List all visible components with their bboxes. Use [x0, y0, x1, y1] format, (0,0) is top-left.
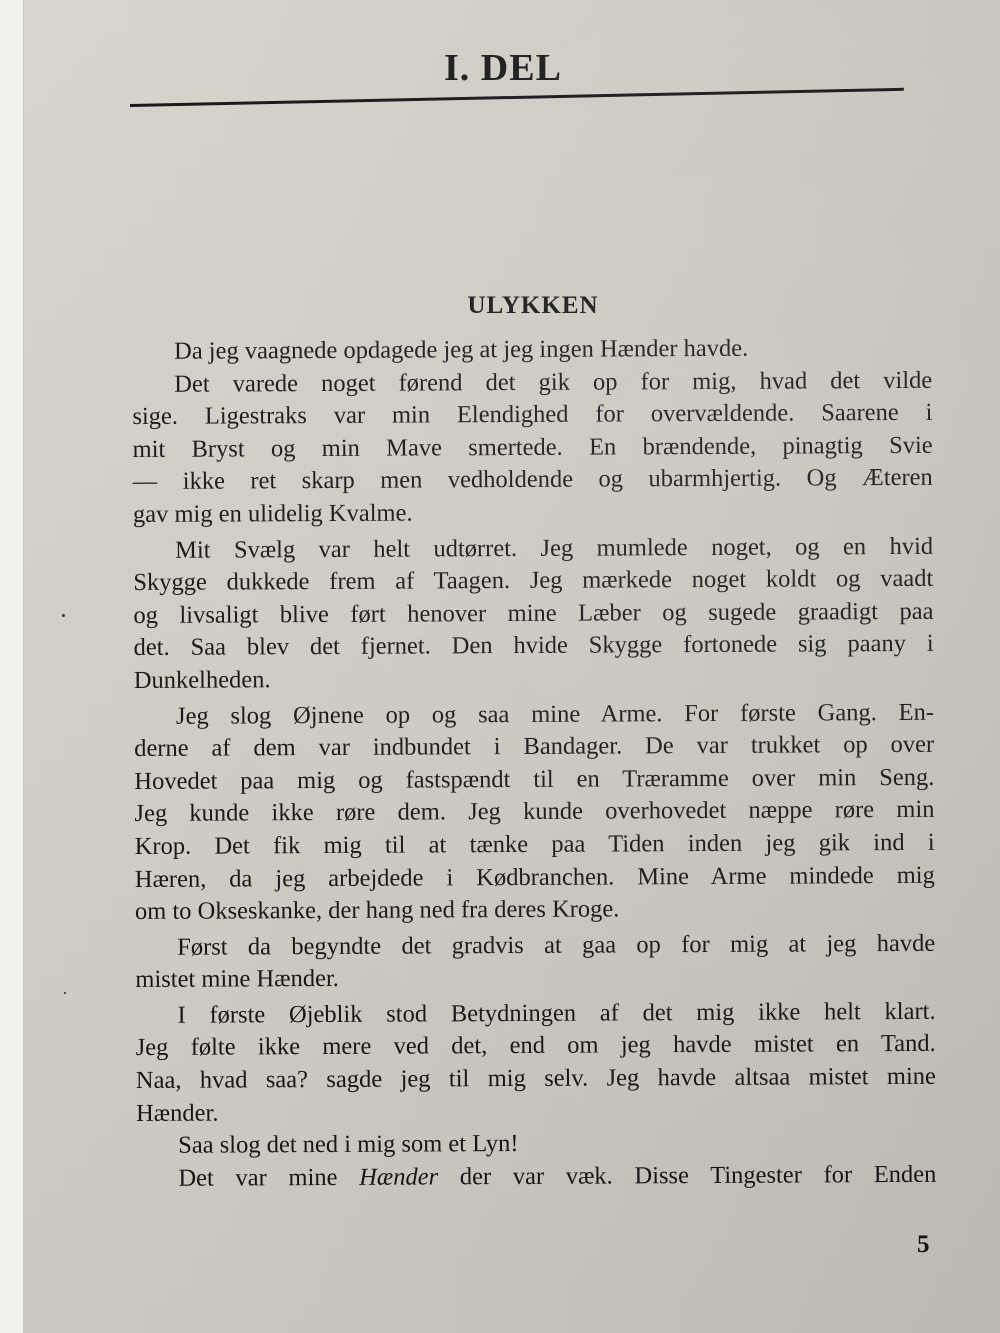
book-page: I. DEL ULYKKEN Da jeg vaagnede opdagede …: [24, 0, 1000, 1333]
text-line: gav mig en ulidelig Kvalme.: [133, 495, 933, 532]
text-line: Mit Svælg var helt udtørret. Jeg mumlede…: [133, 530, 933, 567]
text-line: derne af dem var indbundet i Bandager. D…: [134, 729, 934, 766]
part-heading: I. DEL: [444, 46, 562, 90]
text-line: Saa slog det ned i mig som et Lyn!: [136, 1126, 936, 1163]
final-text-line: Det var mine Hænder der var væk. Disse T…: [136, 1159, 936, 1196]
text-line: Først da begyndte det gradvis at gaa op …: [135, 927, 935, 964]
final-line-after: der var væk. Disse Tingester for Enden: [438, 1161, 936, 1191]
heading-rule: [130, 88, 904, 107]
paper-speck: [62, 614, 65, 617]
emphasized-word: Hænder: [359, 1163, 438, 1190]
text-line: Naa, hvad saa? sagde jeg til mig selv. J…: [136, 1061, 936, 1098]
text-line: Jeg følte ikke mere ved det, end om jeg …: [136, 1028, 936, 1065]
text-line: Hæren, da jeg arbejdede i Kødbranchen. M…: [135, 859, 935, 896]
text-line: Jeg slog Øjnene op og saa mine Arme. For…: [134, 696, 934, 733]
page-number: 5: [917, 1231, 930, 1259]
text-line: Da jeg vaagnede opdagede jeg at jeg inge…: [132, 332, 932, 369]
text-line: — ikke ret skarp men vedholdende og ubar…: [133, 462, 933, 499]
chapter-title: ULYKKEN: [24, 292, 1000, 320]
text-line: det. Saa blev det fjernet. Den hvide Sky…: [134, 628, 934, 665]
paper-speck: [64, 992, 66, 994]
text-line: mistet mine Hænder.: [135, 960, 935, 997]
text-line: Skygge dukkede frem af Taagen. Jeg mærke…: [133, 563, 933, 600]
text-line: I første Øjeblik stod Betydningen af det…: [135, 996, 935, 1033]
text-line: og livsaligt blive ført henover mine Læb…: [133, 596, 933, 633]
text-line: Dunkelheden.: [134, 661, 934, 698]
text-line: sige. Ligestraks var min Elendighed for …: [132, 397, 932, 434]
text-line: Krop. Det fik mig til at tænke paa Tiden…: [135, 827, 935, 864]
text-line: Det varede noget førend det gik op for m…: [132, 364, 932, 401]
body-text: Da jeg vaagnede opdagede jeg at jeg inge…: [132, 332, 936, 1196]
text-line: om to Okseskanke, der hang ned fra deres…: [135, 892, 935, 929]
text-line: mit Bryst og min Mave smertede. En brænd…: [133, 430, 933, 467]
text-line: Jeg kunde ikke røre dem. Jeg kunde overh…: [134, 794, 934, 831]
final-line-before: Det var mine: [178, 1164, 359, 1192]
text-line: Hovedet paa mig og fastspændt til en Træ…: [134, 762, 934, 799]
text-line: Hænder.: [136, 1093, 936, 1130]
